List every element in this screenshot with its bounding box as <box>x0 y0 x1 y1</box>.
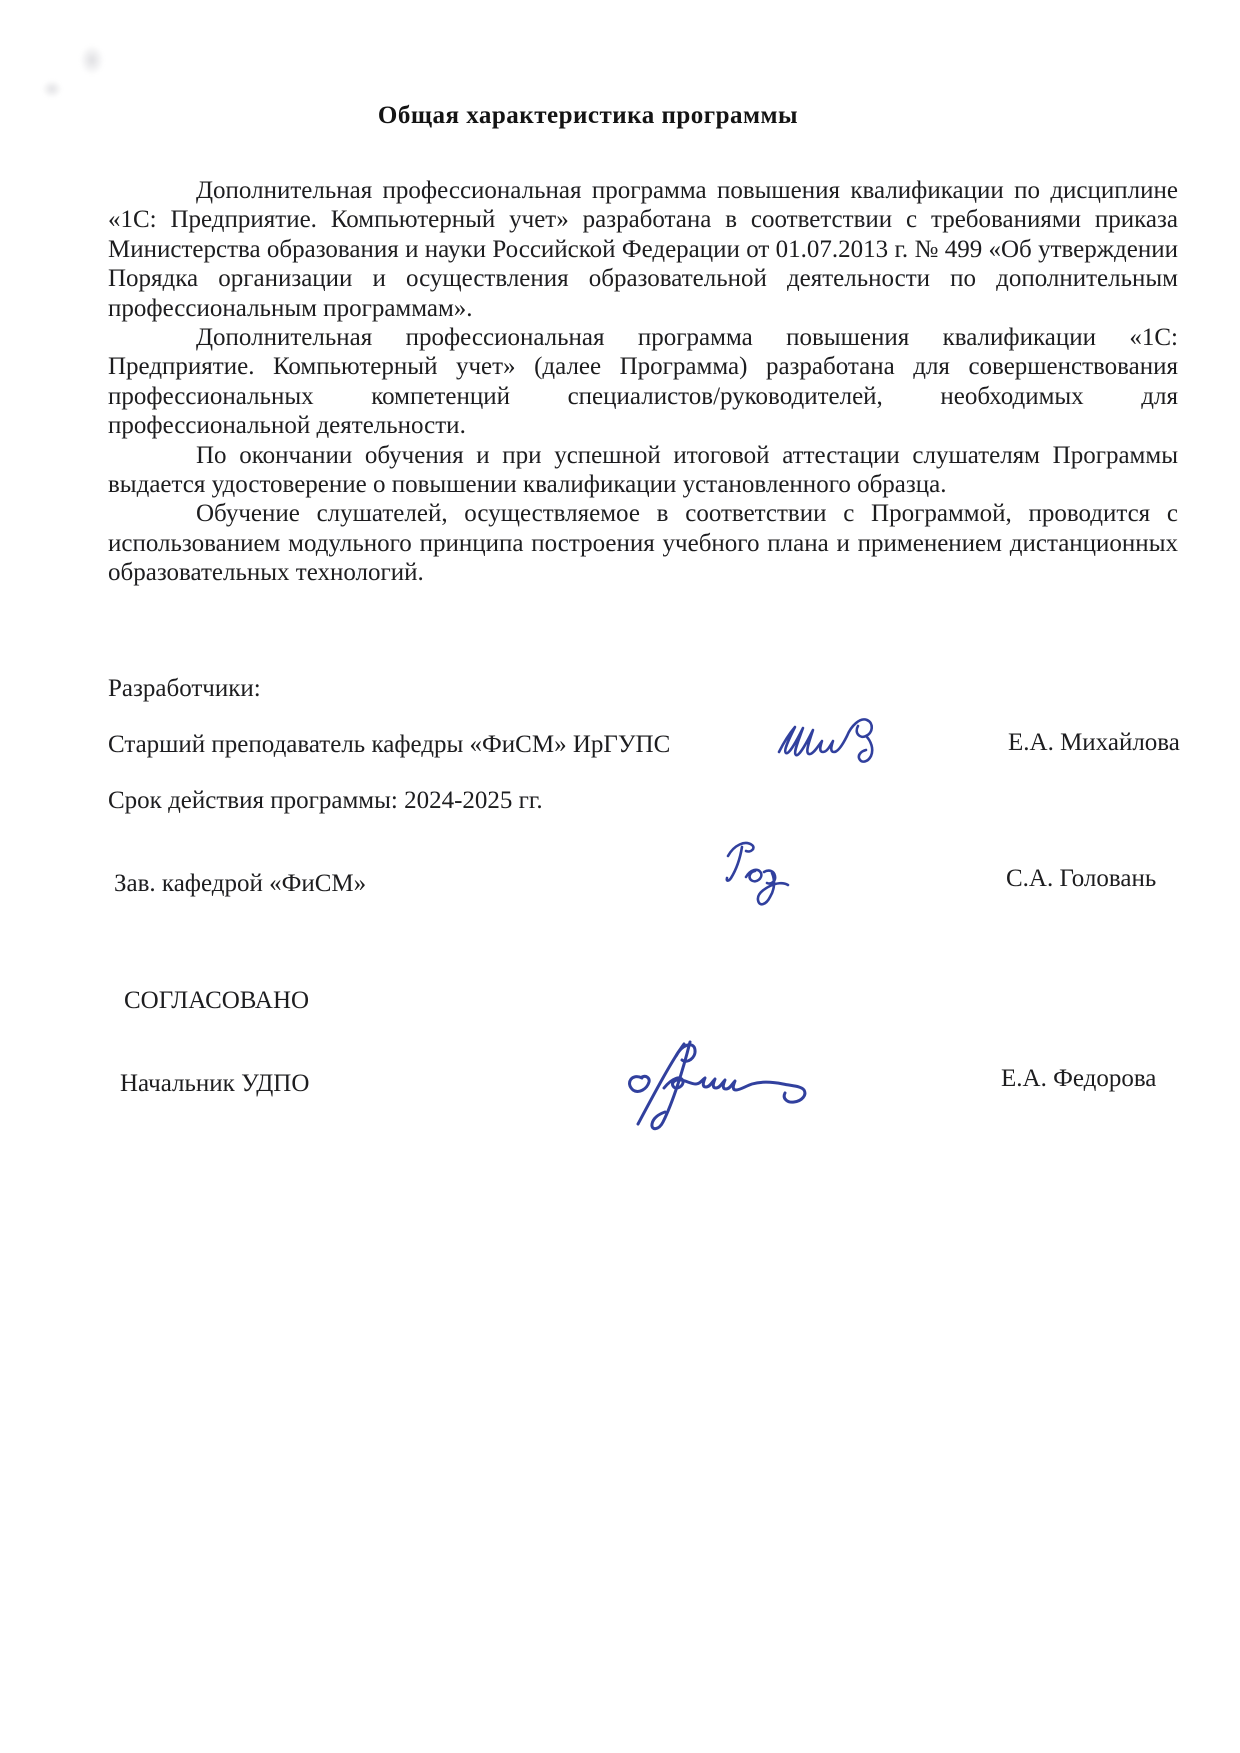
scan-artifact <box>80 45 104 75</box>
signature-fedorova-image <box>606 1034 818 1136</box>
page-title: Общая характеристика программы <box>0 102 1176 130</box>
developers-label: Разработчики: <box>108 674 261 703</box>
paragraph-training-format: Обучение слушателей, осуществляемое в со… <box>108 499 1178 587</box>
agreed-label: СОГЛАСОВАНО <box>124 986 309 1015</box>
paragraph-program-basis: Дополнительная профессиональная программ… <box>108 176 1178 323</box>
signer-name-golovan: С.А. Головань <box>1006 864 1156 893</box>
signer-name-fedorova: Е.А. Федорова <box>1001 1064 1156 1093</box>
signer-name-mikhailova: Е.А. Михайлова <box>1008 728 1180 757</box>
scanned-document-page: Общая характеристика программы Дополните… <box>0 0 1240 1753</box>
signature-golovan-image <box>712 834 806 910</box>
signer-role-head-of-department: Зав. кафедрой «ФиСМ» <box>114 869 366 898</box>
program-validity-line: Срок действия программы: 2024-2025 гг. <box>108 786 543 815</box>
document-body: Дополнительная профессиональная программ… <box>108 176 1178 588</box>
paragraph-certificate: По окончании обучения и при успешной ито… <box>108 441 1178 500</box>
signature-mikhailova-image <box>773 696 885 770</box>
scan-artifact <box>42 80 62 98</box>
signer-role-head-of-udpo: Начальник УДПО <box>120 1069 309 1098</box>
signer-role-senior-lecturer: Старший преподаватель кафедры «ФиСМ» ИрГ… <box>108 730 670 759</box>
paragraph-program-purpose: Дополнительная профессиональная программ… <box>108 323 1178 441</box>
